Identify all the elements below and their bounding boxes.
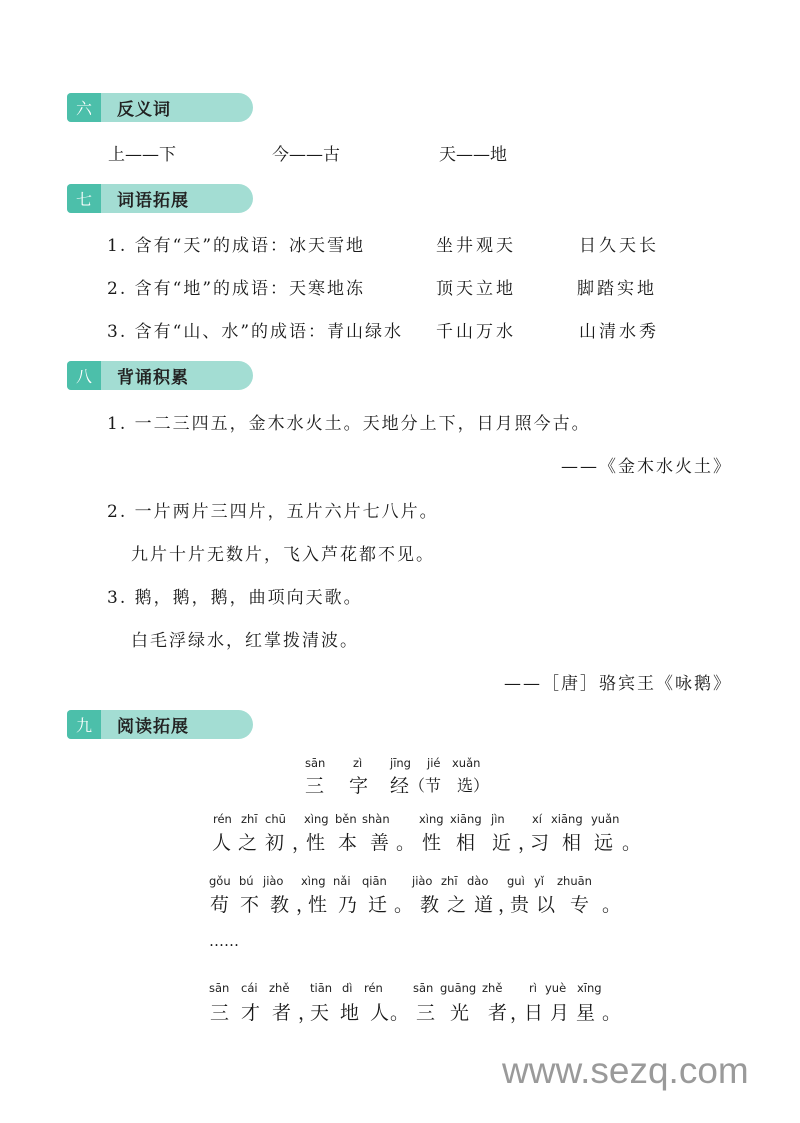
ellipsis: …… bbox=[209, 932, 239, 950]
pinyin: jiào bbox=[263, 874, 283, 888]
pinyin: sān bbox=[305, 756, 325, 770]
hanzi: 地 bbox=[340, 998, 359, 1025]
hanzi: 性 bbox=[422, 828, 441, 855]
pinyin: bú bbox=[239, 874, 254, 888]
hanzi: 星 bbox=[576, 998, 595, 1025]
hanzi: 选） bbox=[457, 773, 489, 796]
hanzi: 性 bbox=[306, 828, 325, 855]
hanzi: 人 bbox=[212, 828, 231, 855]
idiom-item: 日久天长 bbox=[579, 231, 659, 256]
pinyin: xuǎn bbox=[452, 756, 480, 770]
pinyin: shàn bbox=[362, 812, 390, 826]
pinyin: zhī bbox=[241, 812, 258, 826]
pinyin: nǎi bbox=[333, 874, 351, 888]
hanzi: （节 bbox=[409, 773, 441, 796]
hanzi: 才 bbox=[241, 998, 260, 1025]
hanzi: 教 bbox=[270, 890, 289, 917]
pinyin: yuè bbox=[545, 981, 566, 995]
pinyin: yǐ bbox=[534, 874, 544, 888]
hanzi: 乃 bbox=[338, 890, 357, 917]
hanzi: 善 bbox=[370, 828, 389, 855]
hanzi: 日 bbox=[524, 998, 543, 1025]
pinyin: xīng bbox=[577, 981, 602, 995]
hanzi: 月 bbox=[550, 998, 569, 1025]
section-title: 背诵积累 bbox=[117, 363, 189, 388]
hanzi: 字 bbox=[349, 771, 368, 798]
hanzi: 者 bbox=[488, 998, 507, 1025]
pinyin: rén bbox=[213, 812, 232, 826]
hanzi: 性 bbox=[308, 890, 327, 917]
hanzi: 三 bbox=[210, 998, 229, 1025]
pinyin: jìn bbox=[491, 812, 505, 826]
hanzi: 以 bbox=[536, 890, 555, 917]
poem-source: ——《金木水火土》 bbox=[561, 452, 732, 477]
idiom-item: 顶天立地 bbox=[436, 274, 516, 299]
punct: 。 bbox=[394, 890, 413, 917]
hanzi: 者 bbox=[272, 998, 291, 1025]
idiom-row-label: 1. 含有“天”的成语：冰天雪地 bbox=[107, 231, 365, 256]
hanzi: 经 bbox=[390, 771, 409, 798]
pinyin: yuǎn bbox=[591, 812, 619, 826]
hanzi: 贵 bbox=[510, 890, 529, 917]
watermark: www.sezq.com bbox=[502, 1050, 749, 1092]
section-header-antonyms: 六 反义词 bbox=[67, 93, 253, 122]
pinyin: cái bbox=[241, 981, 258, 995]
hanzi: 初 bbox=[265, 828, 284, 855]
poem-line: 白毛浮绿水，红掌拨清波。 bbox=[131, 626, 359, 651]
hanzi: 三 bbox=[416, 998, 435, 1025]
punct: 。 bbox=[390, 998, 409, 1025]
punct: 。 bbox=[602, 998, 621, 1025]
pinyin: běn bbox=[335, 812, 357, 826]
hanzi: 远 bbox=[594, 828, 613, 855]
idiom-row-label: 2. 含有“地”的成语：天寒地冻 bbox=[107, 274, 365, 299]
hanzi: 苟 bbox=[210, 890, 229, 917]
idiom-item: 脚踏实地 bbox=[577, 274, 657, 299]
hanzi: 光 bbox=[450, 998, 469, 1025]
hanzi: 三 bbox=[305, 771, 324, 798]
hanzi: 本 bbox=[338, 828, 357, 855]
idiom-row-label: 3. 含有“山、水”的成语：青山绿水 bbox=[107, 317, 403, 342]
pinyin: sān bbox=[209, 981, 229, 995]
hanzi: 习 bbox=[530, 828, 549, 855]
pinyin: rén bbox=[364, 981, 383, 995]
pinyin: qiān bbox=[362, 874, 387, 888]
idiom-item: 千山万水 bbox=[436, 317, 516, 342]
poem-line: 1. 一二三四五，金木水火土。天地分上下，日月照今古。 bbox=[107, 409, 591, 434]
section-number-badge: 八 bbox=[67, 361, 101, 390]
hanzi: 相 bbox=[562, 828, 581, 855]
punct: 。 bbox=[602, 890, 621, 917]
section-title: 词语拓展 bbox=[117, 186, 189, 211]
pinyin: jié bbox=[427, 756, 440, 770]
hanzi: 道 bbox=[474, 890, 493, 917]
pinyin: xìng bbox=[301, 874, 326, 888]
hanzi: 天 bbox=[310, 998, 329, 1025]
idiom-item: 山清水秀 bbox=[579, 317, 659, 342]
pinyin: xiāng bbox=[450, 812, 482, 826]
pinyin: chū bbox=[265, 812, 286, 826]
section-number-badge: 六 bbox=[67, 93, 101, 122]
pinyin: gǒu bbox=[209, 874, 231, 888]
section-number-badge: 九 bbox=[67, 710, 101, 739]
pinyin: dì bbox=[342, 981, 353, 995]
section-header-reading: 九 阅读拓展 bbox=[67, 710, 253, 739]
punct: 。 bbox=[622, 828, 641, 855]
pinyin: jiào bbox=[412, 874, 432, 888]
idiom-item: 坐井观天 bbox=[436, 231, 516, 256]
pinyin: xí bbox=[532, 812, 542, 826]
hanzi: 迁 bbox=[368, 890, 387, 917]
hanzi: 不 bbox=[240, 890, 259, 917]
section-number-badge: 七 bbox=[67, 184, 101, 213]
section-title: 阅读拓展 bbox=[117, 712, 189, 737]
pinyin: zhuān bbox=[557, 874, 592, 888]
hanzi: 人 bbox=[370, 998, 389, 1025]
hanzi: 专 bbox=[570, 890, 589, 917]
pinyin: zhě bbox=[269, 981, 289, 995]
section-header-recitation: 八 背诵积累 bbox=[67, 361, 253, 390]
pinyin: tiān bbox=[310, 981, 332, 995]
section-title: 反义词 bbox=[117, 95, 171, 120]
hanzi: 近 bbox=[492, 828, 511, 855]
pinyin: xìng bbox=[304, 812, 329, 826]
hanzi: 之 bbox=[447, 890, 466, 917]
poem-line: 九片十片无数片，飞入芦花都不见。 bbox=[131, 540, 435, 565]
punct: 。 bbox=[396, 828, 415, 855]
poem-line: 3. 鹅，鹅，鹅，曲项向天歌。 bbox=[107, 583, 363, 608]
pinyin: guì bbox=[507, 874, 525, 888]
pinyin: rì bbox=[529, 981, 537, 995]
hanzi: 相 bbox=[456, 828, 475, 855]
antonym-pair: 今——古 bbox=[272, 140, 340, 165]
hanzi: 教 bbox=[420, 890, 439, 917]
pinyin: xìng bbox=[419, 812, 444, 826]
pinyin: jīng bbox=[390, 756, 411, 770]
pinyin: sān bbox=[413, 981, 433, 995]
poem-source: ——［唐］骆宾王《咏鹅》 bbox=[504, 669, 732, 694]
antonym-pair: 上——下 bbox=[108, 140, 176, 165]
pinyin: dào bbox=[467, 874, 488, 888]
pinyin: xiāng bbox=[551, 812, 583, 826]
pinyin: guāng bbox=[440, 981, 476, 995]
pinyin: zì bbox=[353, 756, 362, 770]
antonym-pair: 天——地 bbox=[439, 140, 507, 165]
pinyin: zhī bbox=[441, 874, 458, 888]
section-header-word-expansion: 七 词语拓展 bbox=[67, 184, 253, 213]
pinyin: zhě bbox=[482, 981, 502, 995]
hanzi: 之 bbox=[238, 828, 257, 855]
poem-line: 2. 一片两片三四片，五片六片七八片。 bbox=[107, 497, 439, 522]
